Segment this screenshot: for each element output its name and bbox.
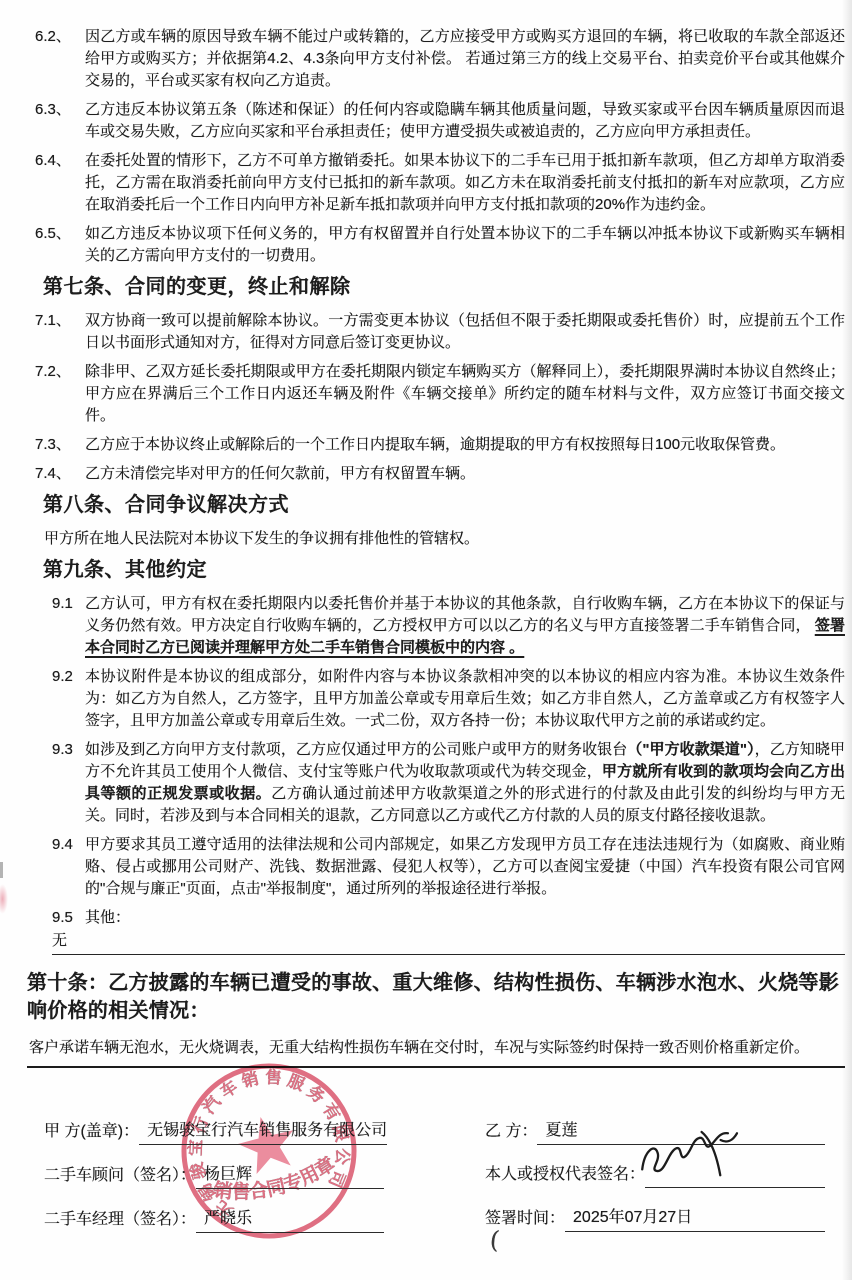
party-b-label: 乙 方： bbox=[485, 1121, 537, 1145]
advisor-label: 二手车顾问（签名）： bbox=[44, 1165, 196, 1189]
clause-number: 9.1 bbox=[52, 593, 73, 615]
manager-label: 二手车经理（签名）： bbox=[44, 1209, 196, 1233]
party-a-label: 甲 方(盖章)： bbox=[44, 1121, 139, 1145]
section-8-title: 第八条、合同争议解决方式 bbox=[43, 492, 845, 519]
clause-number: 7.2、 bbox=[35, 361, 71, 383]
clause-text: 双方协商一致可以提前解除本协议。一方需变更本协议（包括但不限于委托期限或委托售价… bbox=[85, 312, 845, 351]
clause-text: 如乙方违反本协议项下任何义务的，甲方有权留置并自行处置本协议下的二手车辆以冲抵本… bbox=[85, 225, 845, 264]
clause-number: 6.4、 bbox=[35, 150, 71, 172]
clause-number: 7.1、 bbox=[35, 310, 71, 332]
clause-label: 其他： bbox=[85, 909, 130, 926]
clause-number: 9.4 bbox=[52, 834, 73, 856]
red-ink-smudge bbox=[0, 884, 8, 914]
clause-6-3: 6.3、 乙方违反本协议第五条（陈述和保证）的任何内容或隐瞒车辆其他质量问题，导… bbox=[44, 99, 845, 143]
advisor-signature: 杨巨辉 bbox=[196, 1164, 384, 1189]
scan-edge-artifact bbox=[0, 862, 3, 878]
clause-9-5: 9.5 其他： 无 bbox=[44, 907, 845, 955]
signature-block: 无锡骏宝行汽车销售服务有限公司 销售合同专用章 甲 方(盖章)： 无锡骏宝行汽车… bbox=[44, 1120, 845, 1252]
clause-text: 因乙方或车辆的原因导致车辆不能过户或转籍的，乙方应接受甲方或购买方退回的车辆，将… bbox=[85, 28, 845, 89]
manager-row: 二手车经理（签名）： 严晓乐 bbox=[44, 1208, 384, 1233]
rep-sign-row: 本人或授权代表签名： bbox=[485, 1164, 825, 1188]
clause-number: 6.2、 bbox=[35, 26, 71, 48]
section-6-clauses: 6.2、 因乙方或车辆的原因导致车辆不能过户或转籍的，乙方应接受甲方或购买方退回… bbox=[44, 26, 845, 267]
clause-number: 6.3、 bbox=[35, 99, 71, 121]
clause-7-2: 7.2、 除非甲、乙双方延长委托期限或甲方在委托期限内锁定车辆购买方（解释同上）… bbox=[44, 361, 845, 427]
clause-6-4: 6.4、 在委托处置的情形下，乙方不可单方撤销委托。如果本协议下的二手车已用于抵… bbox=[44, 150, 845, 216]
clause-9-4: 9.4 甲方要求其员工遵守适用的法律法规和公司内部规定，如果乙方发现甲方员工存在… bbox=[44, 834, 845, 900]
party-a-value: 无锡骏宝行汽车销售服务有限公司 bbox=[139, 1120, 387, 1145]
clause-text: 乙方应于本协议终止或解除后的一个工作日内提取车辆，逾期提取的甲方有权按照每日10… bbox=[85, 436, 785, 453]
manager-signature: 严晓乐 bbox=[196, 1208, 384, 1233]
party-a-row: 甲 方(盖章)： 无锡骏宝行汽车销售服务有限公司 bbox=[44, 1120, 384, 1145]
clause-9-3: 9.3 如涉及到乙方向甲方支付款项，乙方应仅通过甲方的公司账户或甲方的财务收银台… bbox=[44, 739, 845, 827]
clause-text: 乙方违反本协议第五条（陈述和保证）的任何内容或隐瞒车辆其他质量问题，导致买家或平… bbox=[85, 101, 845, 140]
disclosure-note: 客户承诺车辆无泡水，无火烧调表，无重大结构性损伤车辆在交付时，车况与实际签约时保… bbox=[27, 1035, 845, 1068]
clause-text: 乙方未清偿完毕对甲方的任何欠款前，甲方有权留置车辆。 bbox=[85, 465, 475, 482]
rep-sign-label: 本人或授权代表签名： bbox=[485, 1164, 645, 1188]
clause-6-5: 6.5、 如乙方违反本协议项下任何义务的，甲方有权留置并自行处置本协议下的二手车… bbox=[44, 223, 845, 267]
clause-number: 9.5 bbox=[52, 907, 73, 929]
clause-6-2: 6.2、 因乙方或车辆的原因导致车辆不能过户或转籍的，乙方应接受甲方或购买方退回… bbox=[44, 26, 845, 92]
advisor-row: 二手车顾问（签名）： 杨巨辉 bbox=[44, 1164, 384, 1189]
section-10-title: 第十条：乙方披露的车辆已遭受的事故、重大维修、结构性损伤、车辆涉水泡水、火烧等影… bbox=[27, 969, 845, 1025]
clause-text: 甲方要求其员工遵守适用的法律法规和公司内部规定，如果乙方发现甲方员工存在违法违规… bbox=[85, 836, 845, 897]
clause-number: 6.5、 bbox=[35, 223, 71, 245]
clause-text: 乙方认可，甲方有权在委托期限内以委托售价并基于本协议的其他条款，自行收购车辆，乙… bbox=[85, 595, 845, 634]
contract-page: 6.2、 因乙方或车辆的原因导致车辆不能过户或转籍的，乙方应接受甲方或购买方退回… bbox=[0, 0, 852, 1280]
rep-sign-value bbox=[645, 1185, 825, 1188]
party-b-row: 乙 方： 夏莲 bbox=[485, 1120, 825, 1145]
section-8-body: 甲方所在地人民法院对本协议下发生的争议拥有排他性的管辖权。 bbox=[44, 528, 845, 550]
clause-number: 7.3、 bbox=[35, 434, 71, 456]
section-7-title: 第七条、合同的变更，终止和解除 bbox=[43, 274, 845, 301]
other-terms-fill-line: 无 bbox=[52, 930, 845, 955]
clause-7-4: 7.4、 乙方未清偿完毕对甲方的任何欠款前，甲方有权留置车辆。 bbox=[44, 463, 845, 485]
clause-number: 7.4、 bbox=[35, 463, 71, 485]
clause-9-2: 9.2 本协议附件是本协议的组成部分，如附件内容与本协议条款相冲突的以本协议的相… bbox=[44, 666, 845, 732]
clause-text: 本协议附件是本协议的组成部分，如附件内容与本协议条款相冲突的以本协议的相应内容为… bbox=[85, 668, 845, 729]
sign-date-row: 签署时间： 2025年07月27日 bbox=[485, 1207, 825, 1232]
party-a-column: 甲 方(盖章)： 无锡骏宝行汽车销售服务有限公司 二手车顾问（签名）： 杨巨辉 … bbox=[44, 1120, 444, 1252]
party-b-column: 乙 方： 夏莲 本人或授权代表签名： 签署时间： 2025年07月27日 bbox=[485, 1120, 833, 1252]
clause-text: 在委托处置的情形下，乙方不可单方撤销委托。如果本协议下的二手车已用于抵扣新车款项… bbox=[85, 152, 845, 213]
clause-7-3: 7.3、 乙方应于本协议终止或解除后的一个工作日内提取车辆，逾期提取的甲方有权按… bbox=[44, 434, 845, 456]
section-9-clauses: 9.1 乙方认可，甲方有权在委托期限内以委托售价并基于本协议的其他条款，自行收购… bbox=[44, 593, 845, 955]
sign-date-value: 2025年07月27日 bbox=[565, 1207, 825, 1232]
party-b-value: 夏莲 bbox=[537, 1120, 825, 1145]
section-9-title: 第九条、其他约定 bbox=[43, 557, 845, 584]
clause-bold-text: （"甲方收款渠道"） bbox=[627, 741, 754, 758]
clause-text: 除非甲、乙双方延长委托期限或甲方在委托期限内锁定车辆购买方（解释同上），委托期限… bbox=[85, 363, 845, 424]
clause-9-1: 9.1 乙方认可，甲方有权在委托期限内以委托售价并基于本协议的其他条款，自行收购… bbox=[44, 593, 845, 659]
clause-number: 9.3 bbox=[52, 739, 73, 761]
clause-number: 9.2 bbox=[52, 666, 73, 688]
clause-text: 如涉及到乙方向甲方支付款项，乙方应仅通过甲方的公司账户或甲方的财务收银台 bbox=[85, 741, 627, 758]
section-7-clauses: 7.1、 双方协商一致可以提前解除本协议。一方需变更本协议（包括但不限于委托期限… bbox=[44, 310, 845, 485]
clause-7-1: 7.1、 双方协商一致可以提前解除本协议。一方需变更本协议（包括但不限于委托期限… bbox=[44, 310, 845, 354]
